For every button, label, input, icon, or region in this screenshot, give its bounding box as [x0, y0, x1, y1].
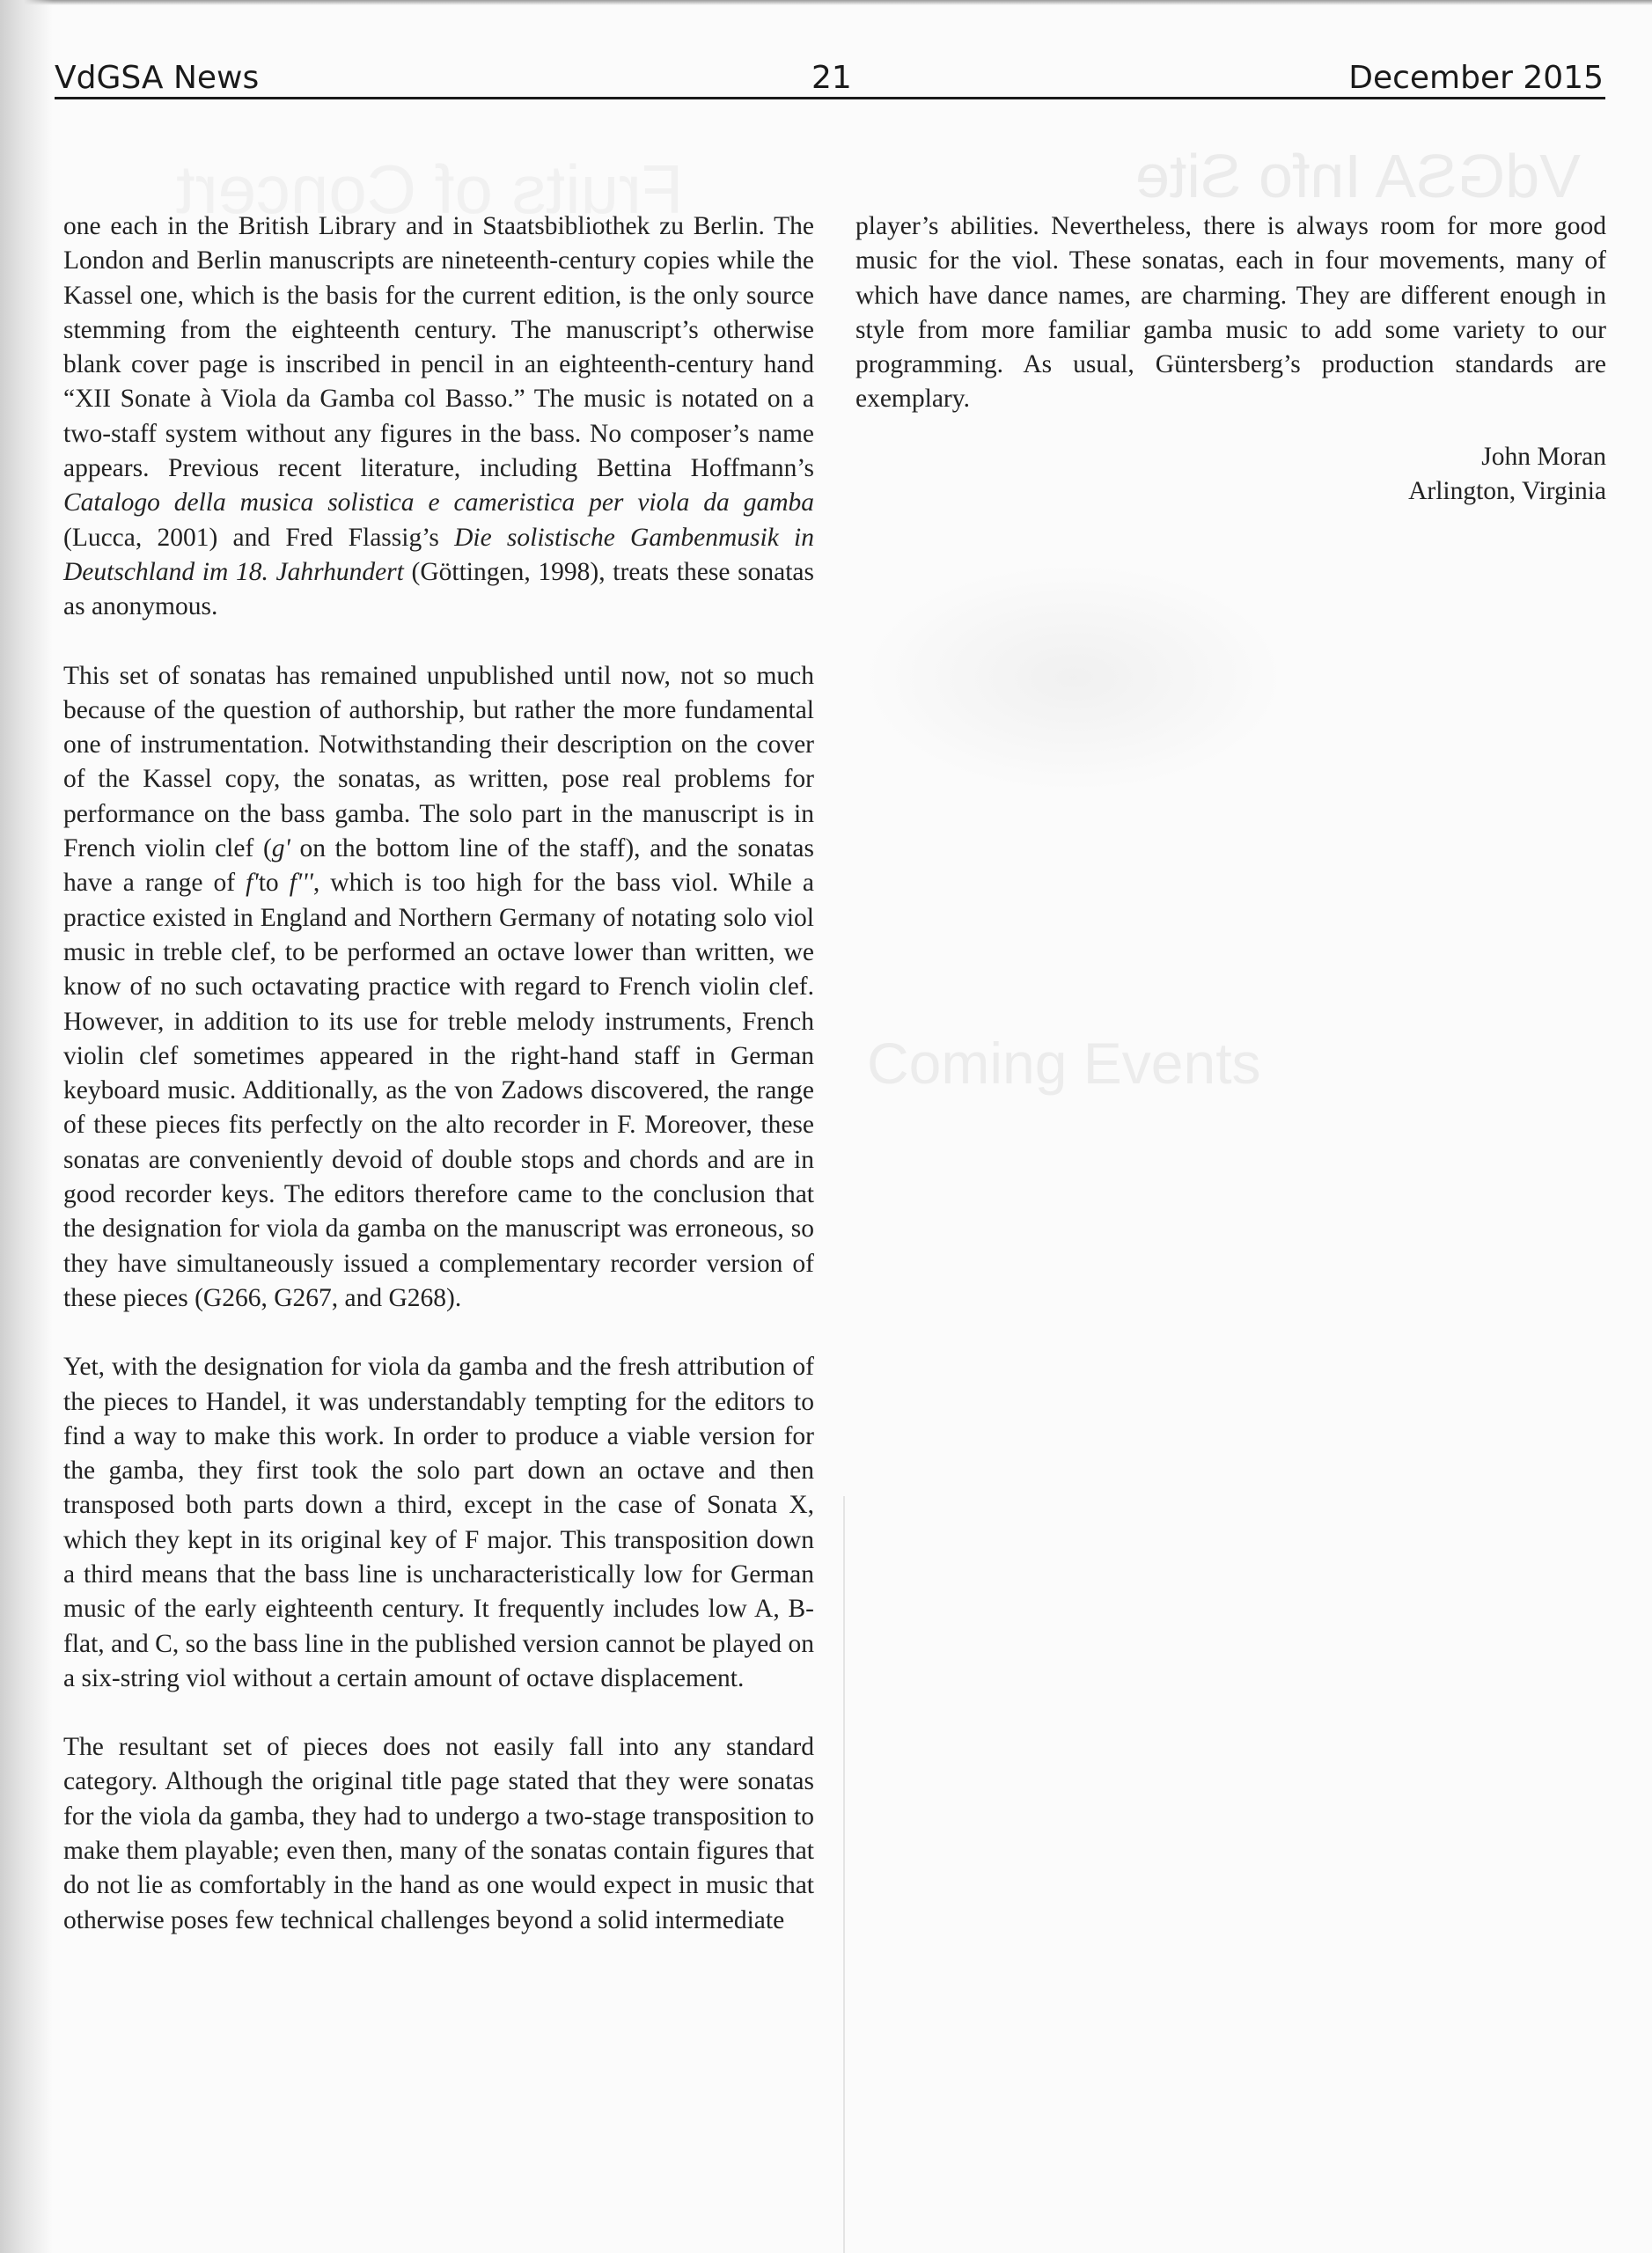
paragraph-text: , which is too high for the bass viol. W… [63, 869, 814, 1312]
running-header: VdGSA News 21 December 2015 [55, 55, 1604, 100]
pitch-notation: g' [272, 834, 290, 862]
paragraph-4: The resultant set of pieces does not eas… [63, 1730, 814, 1938]
left-column: one each in the British Library and in S… [63, 209, 814, 1972]
bleed-through-heading-info: VdGSA Info Site [1135, 141, 1581, 211]
author-location: Arlington, Virginia [855, 474, 1606, 509]
review-signature: John Moran Arlington, Virginia [855, 440, 1606, 510]
page-top-edge [0, 0, 1652, 5]
bleed-through-heading-events: Coming Events [867, 1030, 1261, 1097]
paragraph-2: This set of sonatas has remained unpubli… [63, 659, 814, 1317]
issue-date: December 2015 [1348, 60, 1604, 96]
bleed-through-ornament [863, 563, 1285, 792]
paragraph-3: Yet, with the designation for viola da g… [63, 1350, 814, 1696]
paragraph-5: player’s abilities. Nevertheless, there … [855, 209, 1606, 417]
header-rule [55, 97, 1605, 99]
paragraph-1: one each in the British Library and in S… [63, 209, 814, 625]
pitch-notation: f''' [290, 869, 313, 897]
binding-gutter-shadow [0, 0, 53, 2253]
paragraph-text: (Lucca, 2001) and Fred Flassig’s [63, 524, 454, 552]
paragraph-text: This set of sonatas has remained unpubli… [63, 662, 814, 862]
publication-title: VdGSA News [55, 60, 259, 96]
paragraph-text: to [259, 869, 290, 897]
facing-page-edge [843, 1496, 845, 2253]
paragraph-text: one each in the British Library and in S… [63, 212, 814, 482]
book-title-catalogo: Catalogo della musica solistica e cameri… [63, 488, 814, 517]
author-name: John Moran [855, 440, 1606, 474]
pitch-notation: f' [246, 869, 259, 897]
page-number: 21 [811, 60, 852, 96]
right-column: player’s abilities. Nevertheless, there … [855, 209, 1606, 509]
